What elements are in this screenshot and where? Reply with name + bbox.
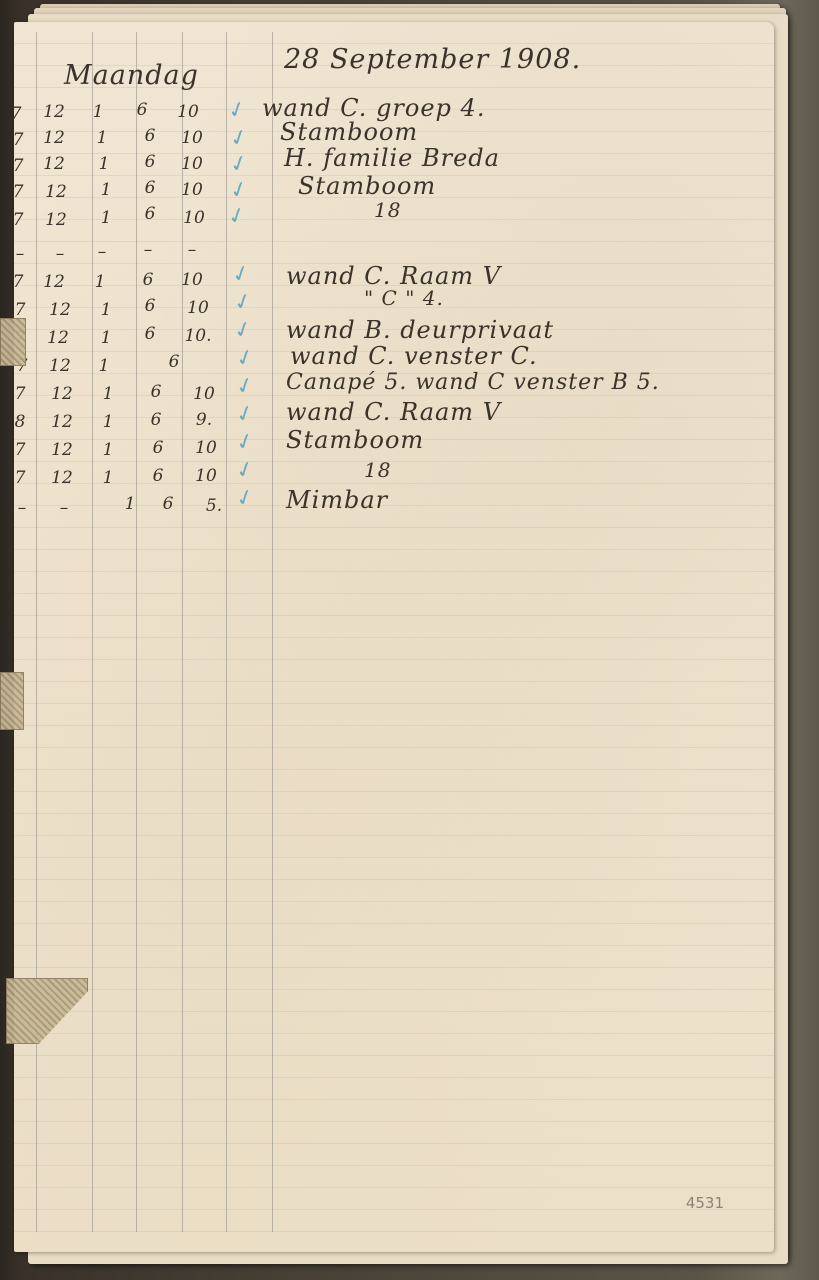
col2-value: 12 [48, 412, 76, 432]
col3-value: 1 [92, 208, 120, 228]
col2-value: 12 [48, 468, 76, 488]
col1-value: 8 [14, 412, 34, 432]
col4-value: – [134, 240, 162, 260]
col5-value: 10 [178, 180, 206, 200]
col4-value: 6 [136, 204, 164, 224]
col2-value: 12 [46, 356, 74, 376]
col3-value: 1 [92, 328, 120, 348]
col3-value: 1 [86, 272, 114, 292]
col4-value: 6 [136, 296, 164, 316]
col1-value: 7 [14, 384, 34, 404]
row-description: 18 [374, 198, 401, 222]
col3-value: 1 [116, 494, 144, 514]
col5-value: 10 [180, 208, 208, 228]
col3-value: 1 [90, 154, 118, 174]
col2-value: 12 [40, 272, 68, 292]
col3-value: 1 [90, 356, 118, 376]
row-description: 18 [364, 458, 391, 482]
col5-value: 10 [190, 384, 218, 404]
header-date: 28 September 1908. [284, 44, 581, 75]
col3-value: – [88, 242, 116, 262]
row-description: Canapé 5. wand C venster B 5. [286, 370, 660, 395]
col2-value: 12 [48, 440, 76, 460]
col5-value: 10 [184, 298, 212, 318]
col1-value: 7 [14, 210, 32, 230]
col4-value: 6 [136, 126, 164, 146]
col4-value: 6 [144, 466, 172, 486]
col2-value: 12 [42, 210, 70, 230]
col4-5-scribble: 6 [144, 352, 204, 372]
col1-value: 7 [14, 156, 32, 176]
col1-value: – [14, 498, 36, 518]
col3-value: 1 [84, 102, 112, 122]
column-rule [36, 32, 37, 1232]
row-description: Stamboom [286, 426, 424, 454]
col5-value: 10 [174, 102, 202, 122]
row-description: wand C. venster C. [290, 342, 538, 370]
col1-value: 7 [14, 130, 32, 150]
col5-value: 10 [178, 154, 206, 174]
col2-value: 12 [40, 154, 68, 174]
col3-value: 1 [94, 384, 122, 404]
row-description: wand B. deurprivaat [286, 316, 554, 344]
col5-value: 10 [192, 466, 220, 486]
row-description: " C " 4. [364, 286, 444, 310]
row-description: Stamboom [280, 118, 418, 146]
row-description: wand C. Raam V [286, 398, 501, 426]
col2-value: 12 [40, 128, 68, 148]
col3-value: 1 [92, 300, 120, 320]
header-day: Maandag [64, 60, 199, 91]
col4-value: 6 [134, 270, 162, 290]
binding-tape [0, 318, 26, 366]
col1-value: 7 [14, 468, 34, 488]
col2-value: – [46, 244, 74, 264]
col4-value: 6 [142, 410, 170, 430]
col3-value: 1 [94, 468, 122, 488]
row-description: Stamboom [298, 172, 436, 200]
col5-value: 10 [178, 128, 206, 148]
archive-number: 4531 [686, 1194, 724, 1212]
col4-value: 6 [136, 152, 164, 172]
col5-value: – [178, 240, 206, 260]
col4-value: 6 [154, 494, 182, 514]
col4-value: 6 [142, 382, 170, 402]
col2-value: 12 [40, 102, 68, 122]
col5-value: 10 [192, 438, 220, 458]
col4-value: 6 [144, 438, 172, 458]
col1-value: 7 [14, 300, 34, 320]
binding-tape [0, 672, 24, 730]
col3-value: 1 [94, 440, 122, 460]
col1-value: 7 [14, 440, 34, 460]
col2-value: 12 [44, 328, 72, 348]
col5-value: 9. [190, 410, 218, 430]
col3-value: 1 [92, 180, 120, 200]
col1-value: 7 [14, 104, 30, 124]
col3-value: 1 [94, 412, 122, 432]
col5-value: 10 [178, 270, 206, 290]
col2-value: – [50, 498, 78, 518]
col5-value: 10. [184, 326, 212, 346]
col3-value: 1 [88, 128, 116, 148]
col4-value: 6 [128, 100, 156, 120]
col1-value: 7 [14, 182, 32, 202]
ledger-page: Maandag 28 September 1908. 7 12 1 6 10 ✓… [14, 22, 774, 1252]
column-rule [272, 32, 273, 1232]
col4-value: 6 [136, 178, 164, 198]
row-description: H. familie Breda [284, 144, 500, 172]
col5-value: 5. [200, 496, 228, 516]
col4-value: 6 [136, 324, 164, 344]
col2-value: 12 [42, 182, 70, 202]
col2-value: 12 [46, 300, 74, 320]
row-description: Mimbar [286, 486, 388, 514]
col1-value: 7 [14, 272, 32, 292]
col1-value: – [14, 244, 34, 264]
col2-value: 12 [48, 384, 76, 404]
